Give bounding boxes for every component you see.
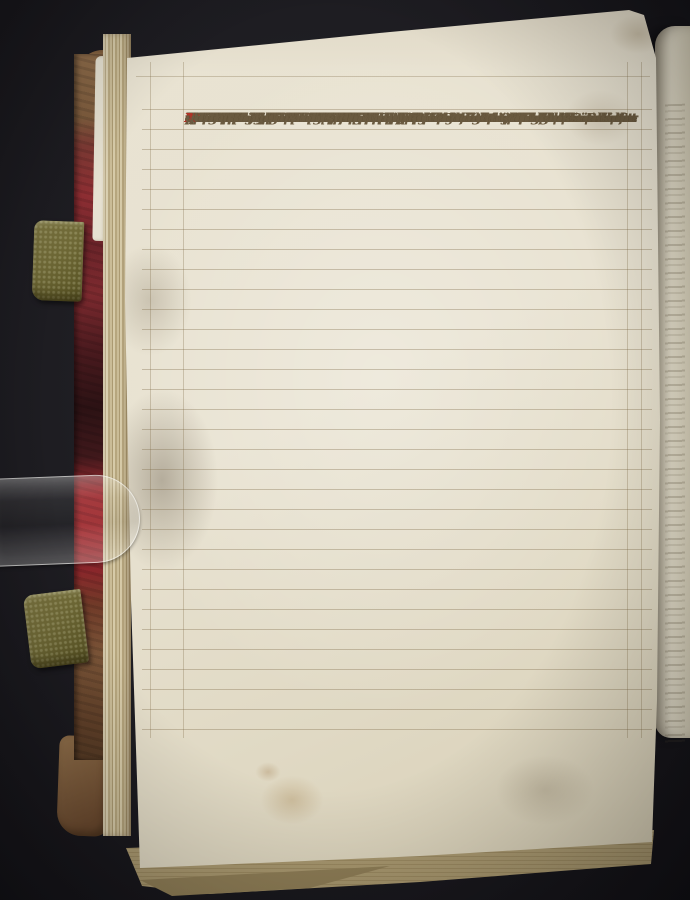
ruled-line-top-margin (136, 76, 650, 77)
ruled-line-vertical-outer-right (641, 62, 642, 738)
next-page-edge (655, 26, 690, 738)
next-page-showthrough-text (665, 104, 685, 745)
text-lines: Et sacerdotes alacriter iudicabat Princi… (185, 110, 641, 714)
manuscript-photo: Et sacerdotes alacriter iudicabat Princi… (0, 0, 690, 900)
fore-edge-tab-top (32, 220, 85, 302)
page-holder-strip (0, 473, 142, 567)
fore-edge-tab-bottom (23, 589, 90, 670)
ruled-line-vertical-left (183, 62, 184, 738)
ink-text: udita 8o huius obis dnia humiliter rogan… (185, 110, 570, 125)
ruled-line-vertical-outer-left (150, 62, 151, 738)
